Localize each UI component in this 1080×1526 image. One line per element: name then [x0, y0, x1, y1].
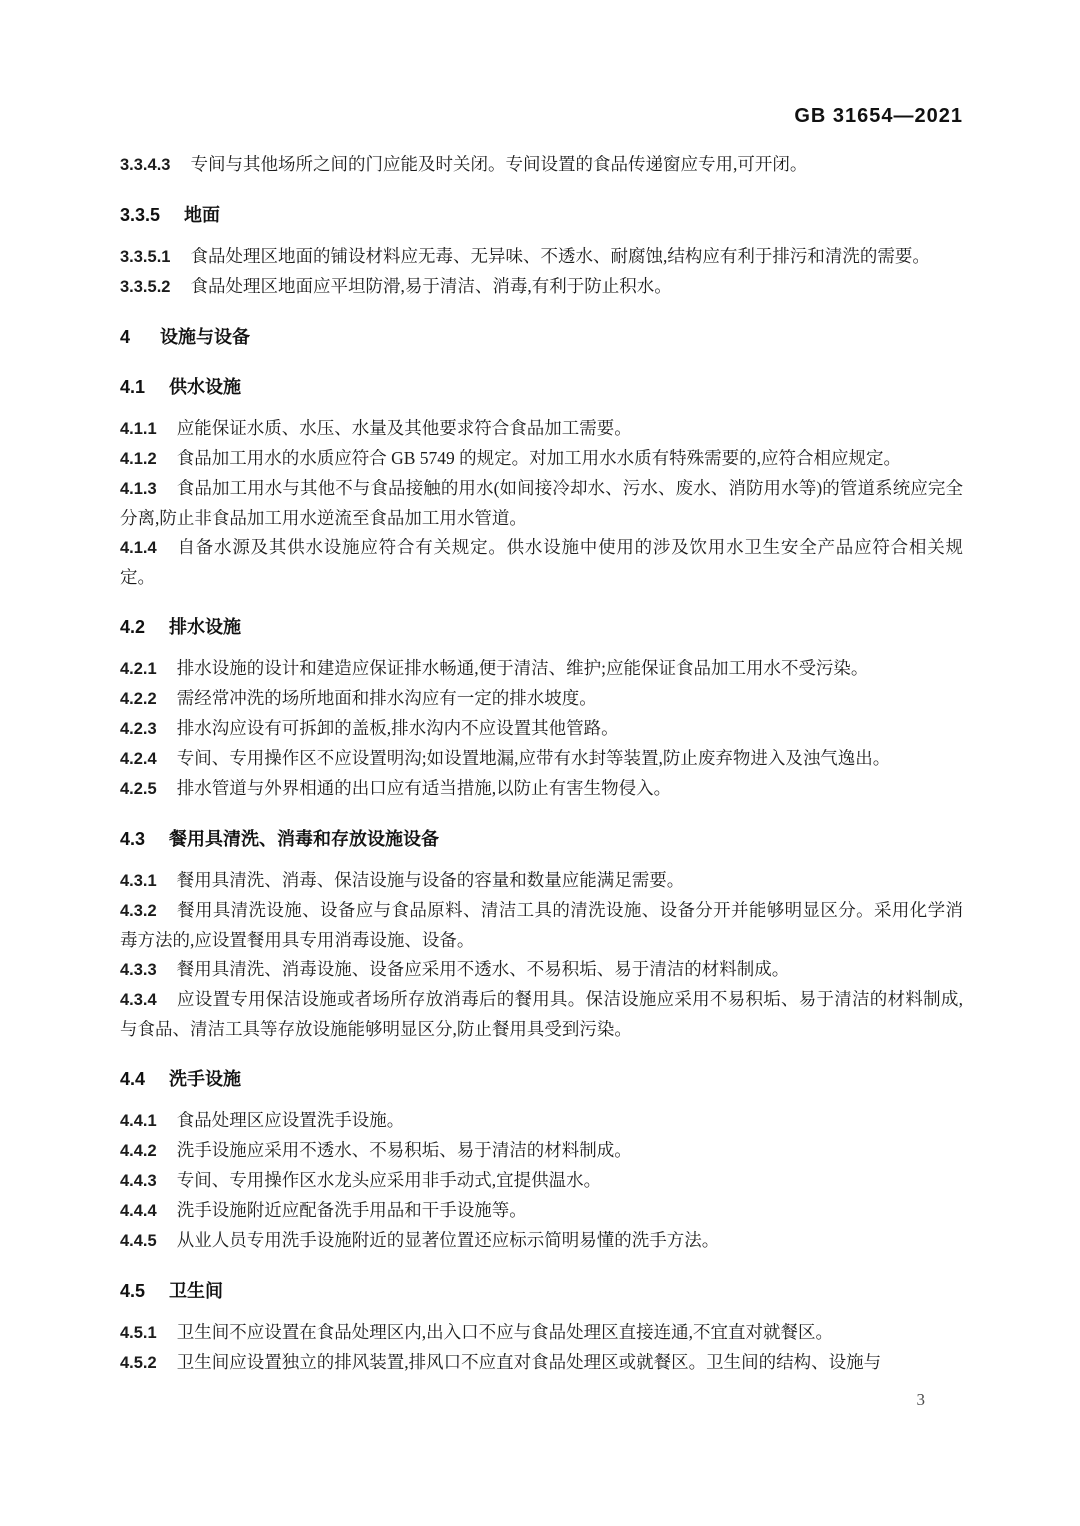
clause-paragraph: 4.1.1应能保证水质、水压、水量及其他要求符合食品加工需要。: [120, 414, 963, 444]
clause-text: 食品加工用水与其他不与食品接触的用水(如间接冷却水、污水、废水、消防用水等)的管…: [120, 478, 963, 528]
clause-number: 3.3.4.3: [120, 156, 190, 174]
clause-number: 4.5.1: [120, 1324, 177, 1342]
clause-paragraph: 4.2.2需经常冲洗的场所地面和排水沟应有一定的排水坡度。: [120, 684, 963, 714]
clause-paragraph: 4.2.5排水管道与外界相通的出口应有适当措施,以防止有害生物侵入。: [120, 774, 963, 804]
clause-paragraph: 4.1.2食品加工用水的水质应符合 GB 5749 的规定。对加工用水水质有特殊…: [120, 444, 963, 474]
clause-text: 专间与其他场所之间的门应能及时关闭。专间设置的食品传递窗应专用,可开闭。: [190, 154, 807, 174]
clause-number: 4.1.2: [120, 450, 177, 468]
clause-text: 应设置专用保洁设施或者场所存放消毒后的餐用具。保洁设施应采用不易积垢、易于清洁的…: [120, 989, 963, 1039]
clause-paragraph: 4.2.3排水沟应设有可拆卸的盖板,排水沟内不应设置其他管路。: [120, 714, 963, 744]
clause-text: 排水设施: [169, 617, 241, 637]
section-heading: 4.2排水设施: [120, 613, 963, 642]
clause-paragraph: 4.2.1排水设施的设计和建造应保证排水畅通,便于清洁、维护;应能保证食品加工用…: [120, 654, 963, 684]
chapter-heading: 4设施与设备: [120, 323, 963, 352]
clause-number: 4.1.1: [120, 420, 177, 438]
clause-paragraph: 4.1.4自备水源及其供水设施应符合有关规定。供水设施中使用的涉及饮用水卫生安全…: [120, 533, 963, 592]
clause-text: 排水沟应设有可拆卸的盖板,排水沟内不应设置其他管路。: [177, 718, 619, 738]
clause-number: 4.4.2: [120, 1142, 177, 1160]
section-heading: 4.3餐用具清洗、消毒和存放设施设备: [120, 825, 963, 854]
clause-number: 4.2: [120, 617, 169, 637]
document-body: 3.3.4.3专间与其他场所之间的门应能及时关闭。专间设置的食品传递窗应专用,可…: [120, 150, 963, 1378]
clause-number: 4.1.4: [120, 539, 177, 557]
clause-number: 4.2.2: [120, 690, 177, 708]
section-heading: 4.4洗手设施: [120, 1065, 963, 1094]
clause-paragraph: 4.4.1食品处理区应设置洗手设施。: [120, 1106, 963, 1136]
clause-number: 3.3.5: [120, 205, 184, 225]
clause-text: 餐用具清洗、消毒、保洁设施与设备的容量和数量应能满足需要。: [177, 870, 685, 890]
clause-number: 3.3.5.2: [120, 278, 190, 296]
clause-number: 4.4: [120, 1069, 169, 1089]
clause-number: 4.4.3: [120, 1172, 177, 1190]
clause-text: 食品加工用水的水质应符合 GB 5749 的规定。对加工用水水质有特殊需要的,应…: [177, 448, 901, 468]
clause-text: 排水设施的设计和建造应保证排水畅通,便于清洁、维护;应能保证食品加工用水不受污染…: [177, 658, 869, 678]
clause-paragraph: 4.3.3餐用具清洗、消毒设施、设备应采用不透水、不易积垢、易于清洁的材料制成。: [120, 955, 963, 985]
clause-number: 4: [120, 327, 160, 347]
clause-paragraph: 4.4.4洗手设施附近应配备洗手用品和干手设施等。: [120, 1196, 963, 1226]
document-page: GB 31654—2021 3.3.4.3专间与其他场所之间的门应能及时关闭。专…: [0, 0, 1080, 1526]
clause-text: 餐用具清洗、消毒设施、设备应采用不透水、不易积垢、易于清洁的材料制成。: [177, 959, 790, 979]
clause-number: 4.1.3: [120, 480, 177, 498]
clause-paragraph: 4.4.2洗手设施应采用不透水、不易积垢、易于清洁的材料制成。: [120, 1136, 963, 1166]
section-heading: 3.3.5地面: [120, 201, 963, 230]
clause-text: 餐用具清洗、消毒和存放设施设备: [169, 829, 439, 849]
clause-text: 从业人员专用洗手设施附近的显著位置还应标示简明易懂的洗手方法。: [177, 1230, 720, 1250]
doc-number: GB 31654—2021: [120, 104, 963, 128]
clause-paragraph: 4.2.4专间、专用操作区不应设置明沟;如设置地漏,应带有水封等装置,防止废弃物…: [120, 744, 963, 774]
clause-number: 4.2.1: [120, 660, 177, 678]
clause-number: 4.2.3: [120, 720, 177, 738]
clause-text: 专间、专用操作区水龙头应采用非手动式,宜提供温水。: [177, 1170, 601, 1190]
clause-number: 4.1: [120, 377, 169, 397]
clause-paragraph: 4.4.3专间、专用操作区水龙头应采用非手动式,宜提供温水。: [120, 1166, 963, 1196]
section-heading: 4.5卫生间: [120, 1277, 963, 1306]
clause-text: 自备水源及其供水设施应符合有关规定。供水设施中使用的涉及饮用水卫生安全产品应符合…: [120, 537, 963, 587]
clause-paragraph: 4.5.2卫生间应设置独立的排风装置,排风口不应直对食品处理区或就餐区。卫生间的…: [120, 1348, 963, 1378]
clause-text: 供水设施: [169, 377, 241, 397]
clause-text: 专间、专用操作区不应设置明沟;如设置地漏,应带有水封等装置,防止废弃物进入及浊气…: [177, 748, 891, 768]
clause-text: 卫生间不应设置在食品处理区内,出入口不应与食品处理区直接连通,不宜直对就餐区。: [177, 1322, 833, 1342]
clause-text: 设施与设备: [160, 327, 250, 347]
clause-number: 4.3.1: [120, 872, 177, 890]
section-heading: 4.1供水设施: [120, 373, 963, 402]
clause-paragraph: 3.3.5.1食品处理区地面的铺设材料应无毒、无异味、不透水、耐腐蚀,结构应有利…: [120, 242, 963, 272]
clause-number: 4.3.2: [120, 902, 177, 920]
clause-text: 卫生间: [169, 1281, 223, 1301]
page-number: 3: [120, 1390, 963, 1410]
clause-paragraph: 4.3.2餐用具清洗设施、设备应与食品原料、清洁工具的清洗设施、设备分开并能够明…: [120, 896, 963, 955]
clause-number: 4.3: [120, 829, 169, 849]
clause-paragraph: 4.1.3食品加工用水与其他不与食品接触的用水(如间接冷却水、污水、废水、消防用…: [120, 474, 963, 533]
clause-text: 地面: [184, 205, 220, 225]
clause-text: 食品处理区应设置洗手设施。: [177, 1110, 405, 1130]
clause-number: 3.3.5.1: [120, 248, 190, 266]
clause-text: 卫生间应设置独立的排风装置,排风口不应直对食品处理区或就餐区。卫生间的结构、设施…: [177, 1352, 881, 1372]
clause-text: 食品处理区地面的铺设材料应无毒、无异味、不透水、耐腐蚀,结构应有利于排污和清洗的…: [190, 246, 929, 266]
clause-paragraph: 3.3.5.2食品处理区地面应平坦防滑,易于清洁、消毒,有利于防止积水。: [120, 272, 963, 302]
clause-text: 餐用具清洗设施、设备应与食品原料、清洁工具的清洗设施、设备分开并能够明显区分。采…: [120, 900, 963, 950]
clause-text: 洗手设施应采用不透水、不易积垢、易于清洁的材料制成。: [177, 1140, 632, 1160]
clause-text: 食品处理区地面应平坦防滑,易于清洁、消毒,有利于防止积水。: [190, 276, 671, 296]
clause-number: 4.4.1: [120, 1112, 177, 1130]
clause-number: 4.3.3: [120, 961, 177, 979]
clause-paragraph: 4.4.5从业人员专用洗手设施附近的显著位置还应标示简明易懂的洗手方法。: [120, 1226, 963, 1256]
clause-text: 应能保证水质、水压、水量及其他要求符合食品加工需要。: [177, 418, 632, 438]
clause-paragraph: 4.3.1餐用具清洗、消毒、保洁设施与设备的容量和数量应能满足需要。: [120, 866, 963, 896]
clause-text: 洗手设施: [169, 1069, 241, 1089]
clause-text: 排水管道与外界相通的出口应有适当措施,以防止有害生物侵入。: [177, 778, 671, 798]
clause-paragraph: 4.5.1卫生间不应设置在食品处理区内,出入口不应与食品处理区直接连通,不宜直对…: [120, 1318, 963, 1348]
clause-number: 4.4.5: [120, 1232, 177, 1250]
clause-number: 4.3.4: [120, 991, 177, 1009]
clause-number: 4.5.2: [120, 1354, 177, 1372]
clause-number: 4.2.4: [120, 750, 177, 768]
clause-text: 洗手设施附近应配备洗手用品和干手设施等。: [177, 1200, 527, 1220]
clause-number: 4.2.5: [120, 780, 177, 798]
clause-paragraph: 3.3.4.3专间与其他场所之间的门应能及时关闭。专间设置的食品传递窗应专用,可…: [120, 150, 963, 180]
clause-number: 4.5: [120, 1281, 169, 1301]
clause-number: 4.4.4: [120, 1202, 177, 1220]
page-content: GB 31654—2021 3.3.4.3专间与其他场所之间的门应能及时关闭。专…: [120, 104, 963, 1410]
clause-text: 需经常冲洗的场所地面和排水沟应有一定的排水坡度。: [177, 688, 597, 708]
clause-paragraph: 4.3.4应设置专用保洁设施或者场所存放消毒后的餐用具。保洁设施应采用不易积垢、…: [120, 985, 963, 1044]
